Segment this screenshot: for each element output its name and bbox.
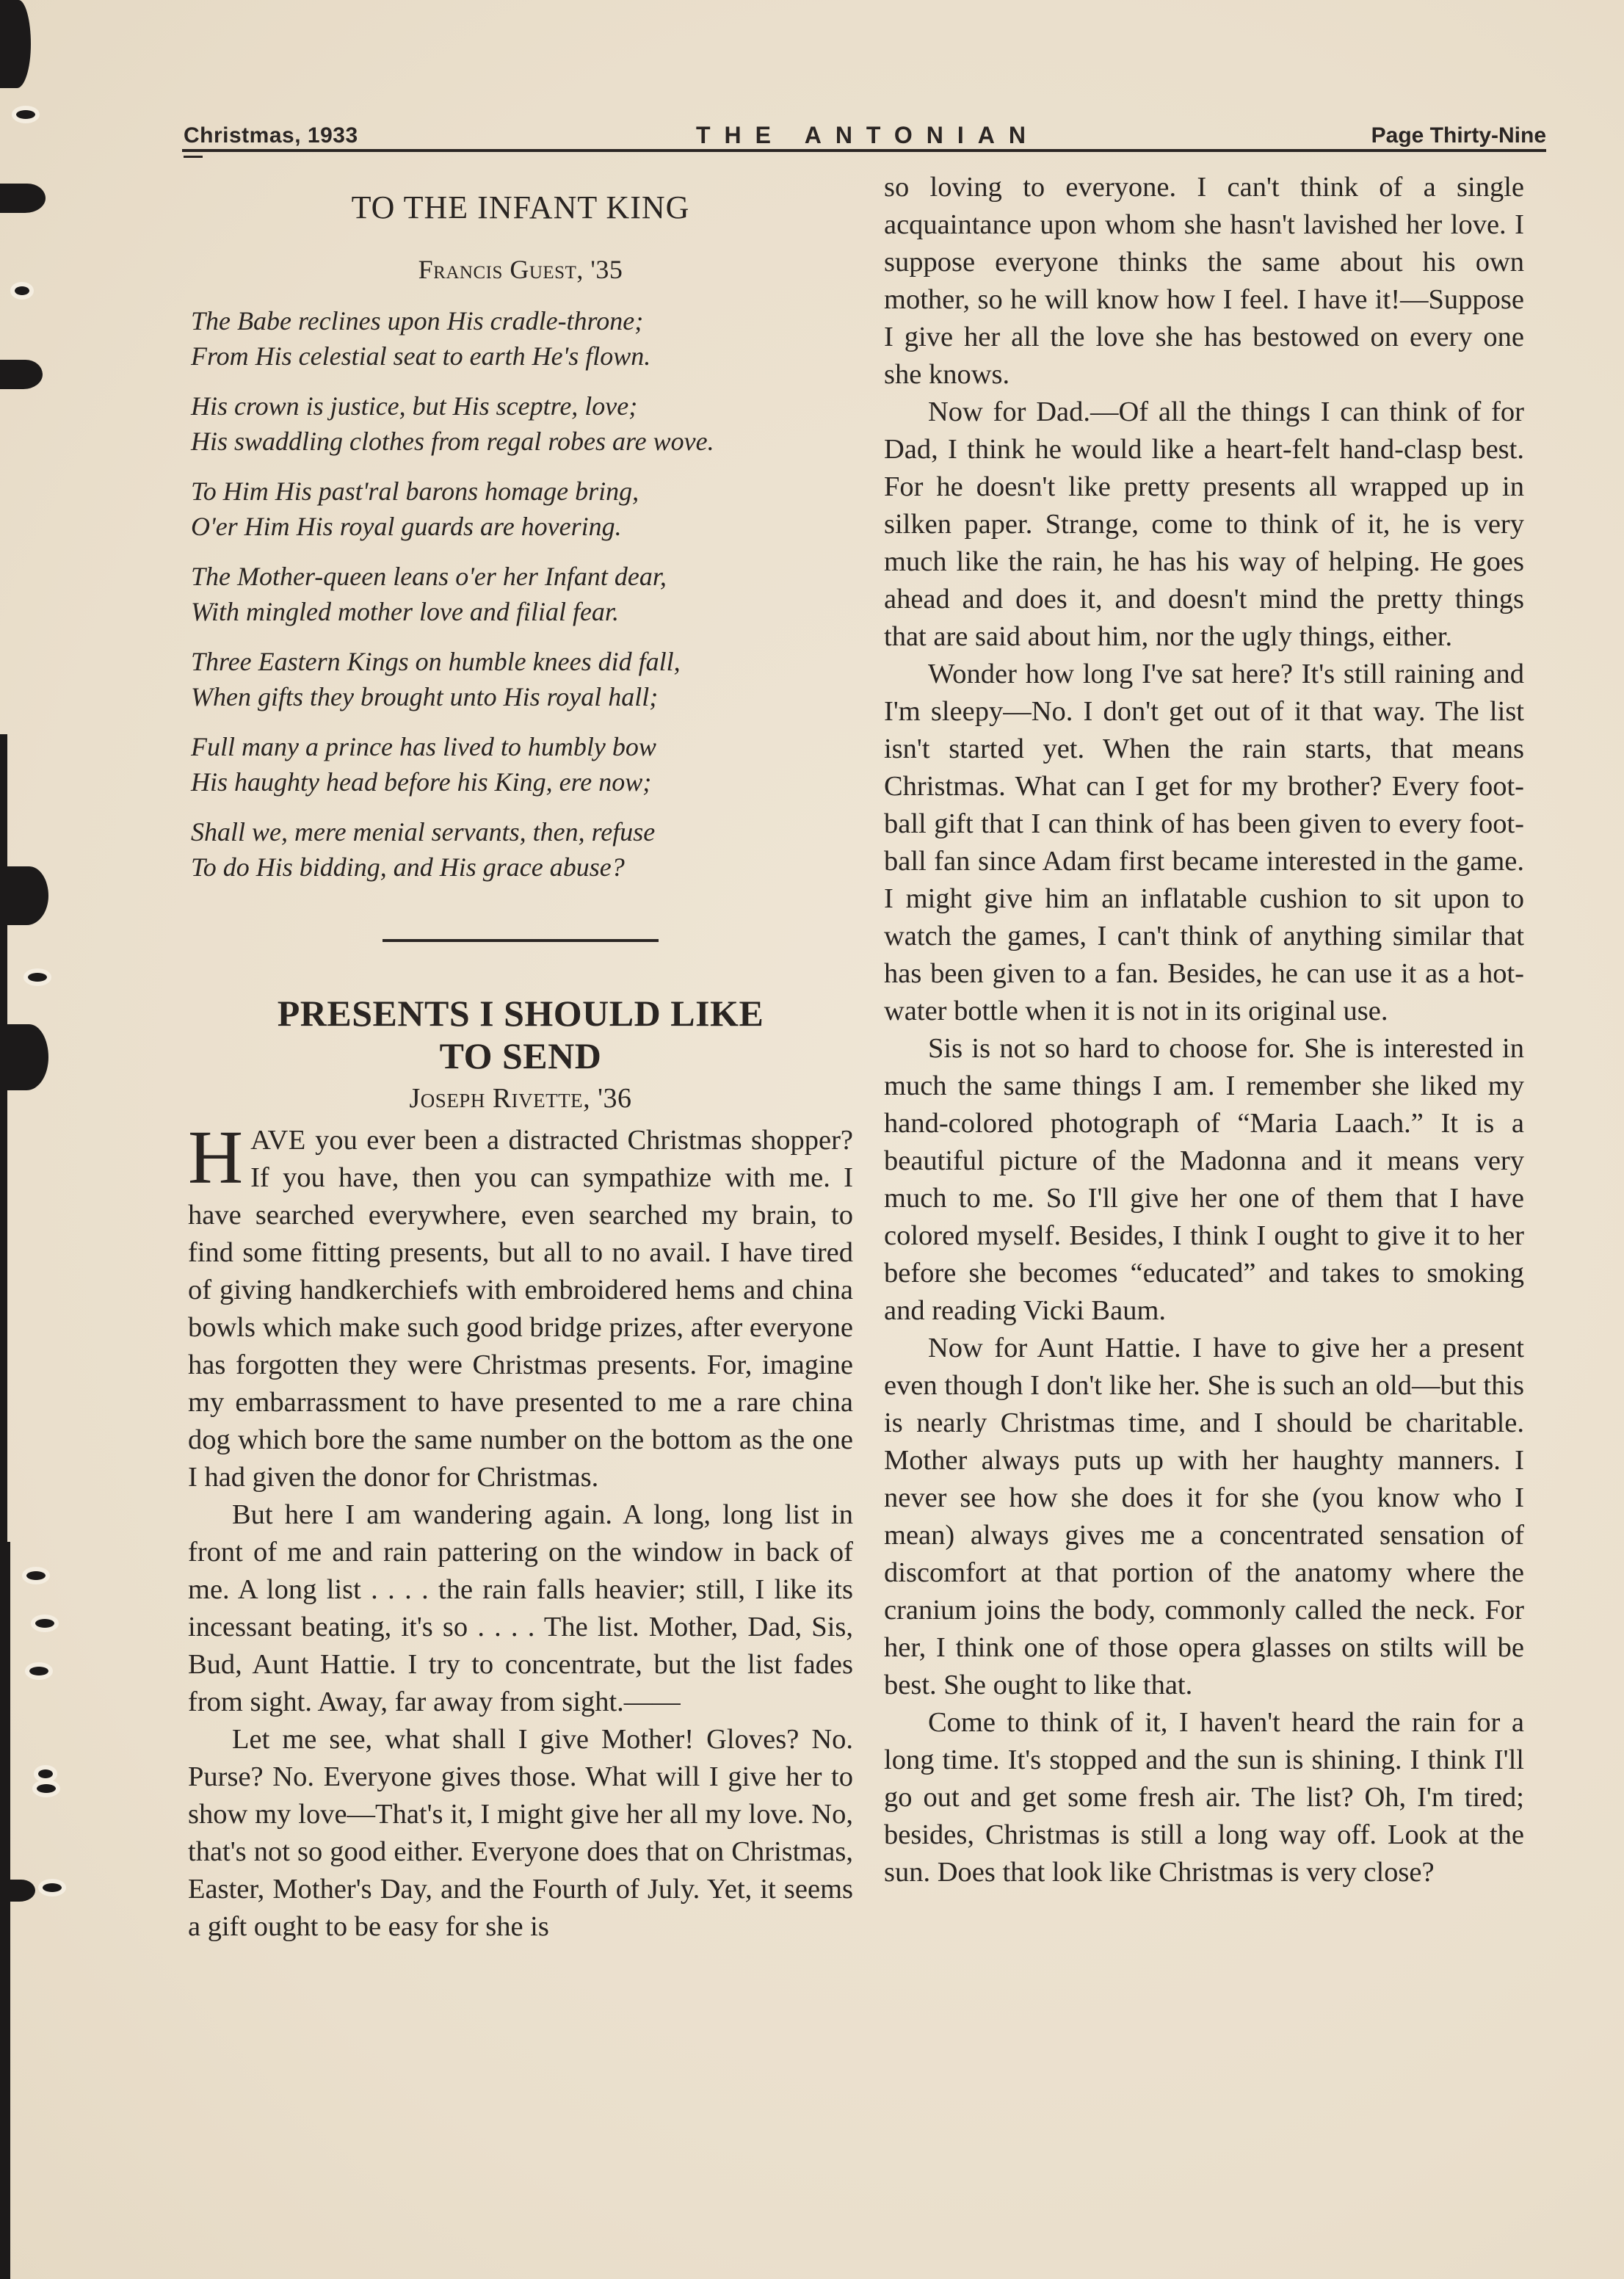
poem-author: Francis Guest, '35 [188, 251, 853, 289]
staple-hole [29, 1667, 48, 1675]
staple-hole [38, 1769, 53, 1778]
paragraph-text: you ever been a distracted Christmas sho… [188, 1125, 853, 1493]
section-divider [383, 939, 659, 942]
drop-cap: H [188, 1126, 243, 1189]
binding-tear [0, 184, 46, 213]
poem-line: From His celestial seat to earth He's fl… [191, 338, 853, 374]
article-paragraph: HAVE you ever been a distracted Christma… [188, 1122, 853, 1496]
staple-hole [35, 1619, 54, 1628]
poem-stanza: Shall we, mere menial servants, then, re… [188, 814, 853, 885]
article-paragraph: so loving to everyone. I can't think of … [884, 169, 1524, 394]
poem: TO THE INFANT KING Francis Guest, '35 Th… [188, 189, 853, 885]
torn-binding-edge [0, 0, 44, 2279]
poem-line: Three Eastern Kings on humble knees did … [191, 644, 853, 679]
poem-stanza: His crown is justice, but His sceptre, l… [188, 388, 853, 459]
poem-line: To do His bidding, and His grace abuse? [191, 849, 853, 885]
article-paragraph: Let me see, what shall I give Mother! Gl… [188, 1721, 853, 1946]
staple-hole [28, 973, 47, 982]
poem-stanza: The Mother-queen leans o'er her Infant d… [188, 559, 853, 629]
poem-line: The Babe reclines upon His cradle-throne… [191, 303, 853, 338]
staple-hole [15, 286, 29, 295]
poem-stanza: To Him His past'ral barons homage bring,… [188, 474, 853, 544]
binding-tear [0, 0, 31, 88]
article-paragraph: Now for Dad.—Of all the things I can thi… [884, 394, 1524, 656]
right-column: so loving to everyone. I can't think of … [884, 169, 1524, 1891]
header-rule-tick [184, 156, 203, 158]
staple-hole [16, 110, 35, 119]
poem-title: TO THE INFANT KING [188, 189, 853, 226]
article-paragraph: Wonder how long I've sat here? It's stil… [884, 656, 1524, 1030]
binding-tear [0, 1880, 35, 1902]
binding-edge [0, 734, 7, 1542]
poem-line: His crown is justice, but His sceptre, l… [191, 388, 853, 424]
article-paragraph: Come to think of it, I haven't heard the… [884, 1704, 1524, 1891]
article-paragraph: Sis is not so hard to choose for. She is… [884, 1030, 1524, 1330]
poem-line: O'er Him His royal guards are hovering. [191, 509, 853, 544]
staple-hole [43, 1883, 62, 1892]
poem-line: To Him His past'ral barons homage bring, [191, 474, 853, 509]
article-paragraph: Now for Aunt Hattie. I have to give her … [884, 1330, 1524, 1704]
poem-stanza: The Babe reclines upon His cradle-throne… [188, 303, 853, 374]
header-rule [182, 149, 1546, 152]
article-title-line: TO SEND [188, 1035, 853, 1077]
article-body-right: so loving to everyone. I can't think of … [884, 169, 1524, 1891]
poem-line: His haughty head before his King, ere no… [191, 764, 853, 800]
poem-stanza: Three Eastern Kings on humble knees did … [188, 644, 853, 714]
publication-name: THE ANTONIAN [182, 122, 1546, 149]
lead-in-words: AVE [250, 1125, 306, 1156]
staple-hole [37, 1784, 56, 1793]
article-title-line: PRESENTS I SHOULD LIKE [188, 992, 853, 1035]
left-column: TO THE INFANT KING Francis Guest, '35 Th… [188, 170, 853, 1946]
binding-tear [0, 360, 43, 389]
staple-hole [26, 1571, 46, 1580]
magazine-page: Christmas, 1933 THE ANTONIAN Page Thirty… [0, 0, 1624, 2279]
poem-line: Full many a prince has lived to humbly b… [191, 729, 853, 764]
poem-line: With mingled mother love and filial fear… [191, 594, 853, 629]
poem-line: His swaddling clothes from regal robes a… [191, 424, 853, 459]
page-number: Page Thirty-Nine [1371, 123, 1546, 148]
poem-line: Shall we, mere menial servants, then, re… [191, 814, 853, 849]
binding-edge [0, 1542, 10, 2279]
article-title: PRESENTS I SHOULD LIKE TO SEND [188, 992, 853, 1077]
poem-line: The Mother-queen leans o'er her Infant d… [191, 559, 853, 594]
article-body-left: HAVE you ever been a distracted Christma… [188, 1122, 853, 1946]
article-author: Joseph Rivette, '36 [188, 1080, 853, 1117]
poem-line: When gifts they brought unto His royal h… [191, 679, 853, 714]
article-paragraph: But here I am wandering again. A long, l… [188, 1496, 853, 1721]
poem-stanza: Full many a prince has lived to humbly b… [188, 729, 853, 800]
